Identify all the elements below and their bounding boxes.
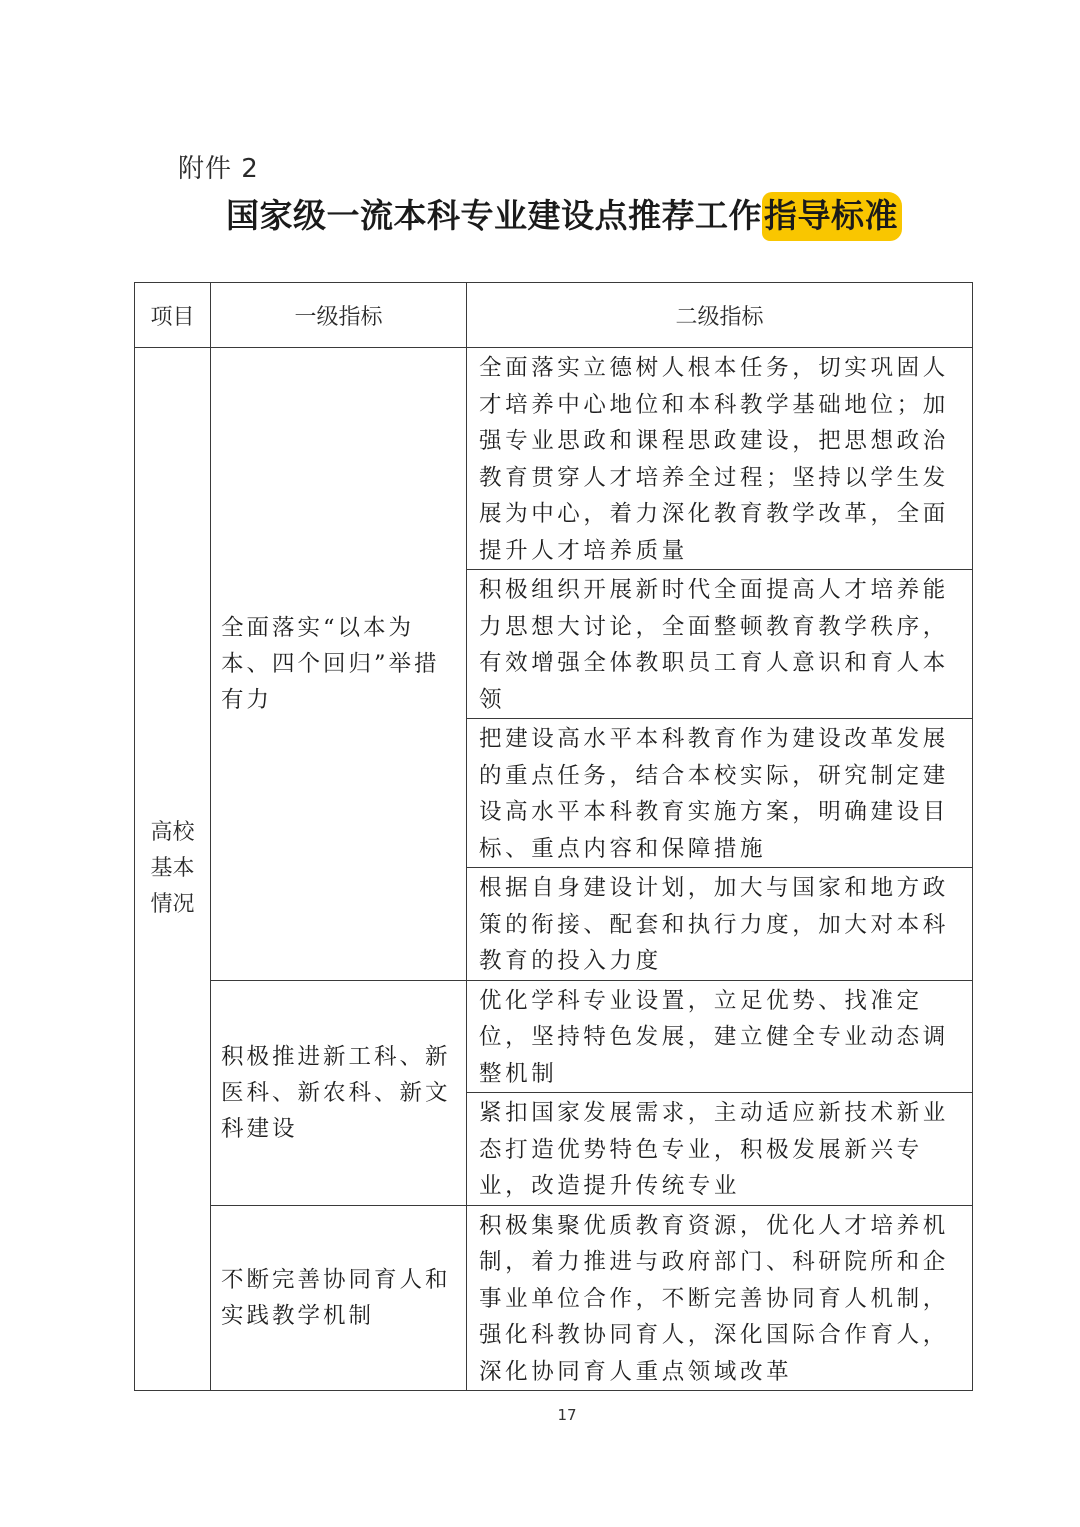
page-number: 17: [0, 1406, 1080, 1424]
item-cell: 高校基本情况: [135, 348, 211, 1391]
table-row: 不断完善协同育人和实践教学机制 积极集聚优质教育资源，优化人才培养机制，着力推进…: [135, 1205, 973, 1391]
level1-cell: 积极推进新工科、新医科、新农科、新文科建设: [211, 980, 467, 1205]
level1-cell: 全面落实“以本为本、四个回归”举措有力: [211, 348, 467, 981]
header-item: 项目: [135, 283, 211, 348]
attachment-label: 附件 2: [178, 148, 259, 185]
document-title-highlighted: 指导标准: [762, 192, 902, 241]
table-row: 积极推进新工科、新医科、新农科、新文科建设 优化学科专业设置，立足优势、找准定位…: [135, 980, 973, 1093]
document-title: 国家级一流本科专业建设点推荐工作指导标准: [226, 190, 902, 237]
table-header-row: 项目 一级指标 二级指标: [135, 283, 973, 348]
document-title-plain: 国家级一流本科专业建设点推荐工作: [226, 196, 762, 235]
table-row: 高校基本情况 全面落实“以本为本、四个回归”举措有力 全面落实立德树人根本任务，…: [135, 348, 973, 570]
header-level1: 一级指标: [211, 283, 467, 348]
header-level2: 二级指标: [467, 283, 973, 348]
item-label: 高校基本情况: [148, 815, 198, 923]
level2-cell: 紧扣国家发展需求，主动适应新技术新业态打造优势特色专业，积极发展新兴专业，改造提…: [467, 1093, 973, 1206]
standards-table: 项目 一级指标 二级指标 高校基本情况 全面落实“以本为本、四个回归”举措有力 …: [134, 282, 973, 1391]
level2-cell: 根据自身建设计划，加大与国家和地方政策的衔接、配套和执行力度，加大对本科教育的投…: [467, 868, 973, 981]
level2-cell: 积极组织开展新时代全面提高人才培养能力思想大讨论，全面整顿教育教学秩序，有效增强…: [467, 570, 973, 719]
level1-cell: 不断完善协同育人和实践教学机制: [211, 1205, 467, 1391]
level2-cell: 积极集聚优质教育资源，优化人才培养机制，着力推进与政府部门、科研院所和企事业单位…: [467, 1205, 973, 1391]
level2-cell: 全面落实立德树人根本任务，切实巩固人才培养中心地位和本科教学基础地位；加强专业思…: [467, 348, 973, 570]
level2-cell: 优化学科专业设置，立足优势、找准定位，坚持特色发展，建立健全专业动态调整机制: [467, 980, 973, 1093]
level2-cell: 把建设高水平本科教育作为建设改革发展的重点任务，结合本校实际，研究制定建设高水平…: [467, 719, 973, 868]
